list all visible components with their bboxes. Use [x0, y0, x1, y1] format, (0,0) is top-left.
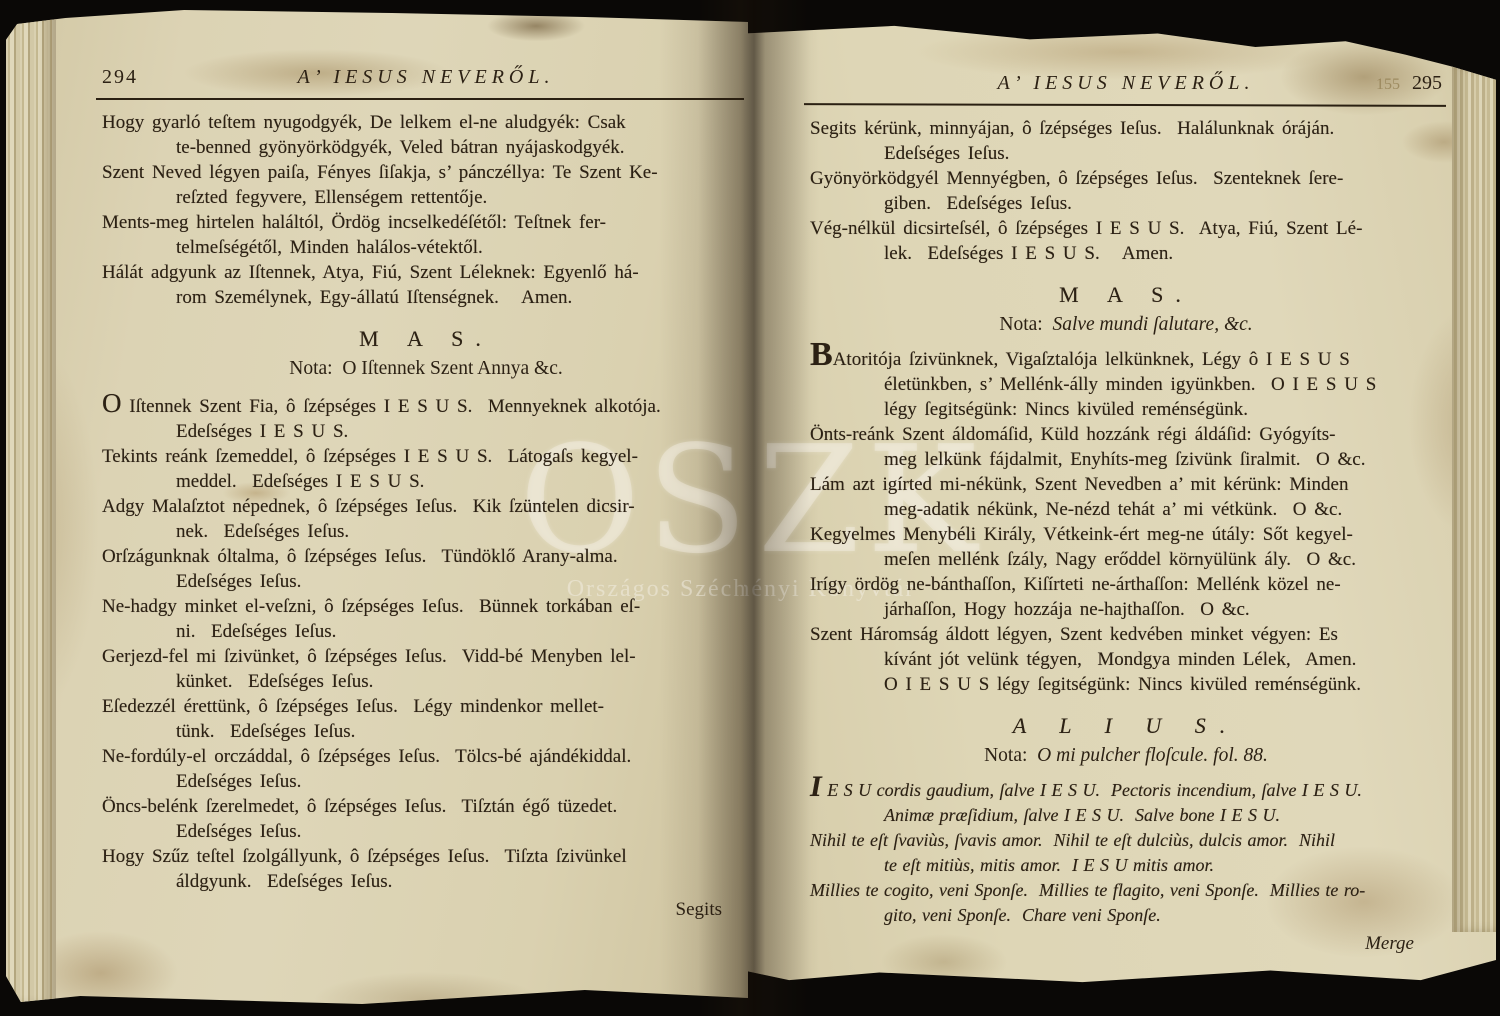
hymn-verse: I E S U cordis gaudium, ſalve I E S U. P…	[810, 778, 1442, 828]
hymn-verse: Kegyelmes Menybéli Király, Vétkeink-ért …	[810, 522, 1442, 572]
nota-line: Nota: Salve mundi ſalutare, &c.	[810, 312, 1442, 337]
hymn-verse: Öncs-belénk ſzerelmedet, ô ſzépséges Ieſ…	[102, 794, 748, 844]
section-heading-alius: A L I U S.	[810, 713, 1442, 739]
hymn-verse: Nihil te eſt ſvaviùs, ſvavis amor. Nihil…	[810, 828, 1442, 878]
left-page: OSZK Országos Széchényi Könyvtár 294 A’ …	[6, 8, 748, 1006]
hymn-verse: O Iſtennek Szent Fia, ô ſzépséges I E S …	[102, 391, 748, 444]
section-heading-mas: M A S.	[102, 326, 748, 352]
hymn-verse: Hogy gyarló teſtem nyugodgyék, De lelkem…	[102, 110, 748, 160]
open-book-spread: OSZK Országos Széchényi Könyvtár 294 A’ …	[0, 0, 1500, 1016]
hymn-verse: Ne-hadgy minket el-veſzni, ô ſzépséges I…	[102, 594, 748, 644]
faint-penciled-number: 155	[1376, 76, 1400, 93]
nota-tune: Salve mundi ſalutare, &c.	[1052, 314, 1252, 335]
alius-section: A L I U S. Nota: O mi pulcher floſcule. …	[810, 713, 1442, 928]
right-running-title: A’ IESUS NEVERŐL.	[900, 72, 1352, 95]
left-page-edge-stack	[6, 8, 56, 1006]
hymn-verse: Hogy Szűz teſtel ſzolgállyunk, ô ſzépség…	[102, 844, 748, 894]
hymn-verse: Önts-reánk Szent áldomáſid, Küld hozzánk…	[810, 422, 1442, 472]
section-heading-mas: M A S.	[810, 282, 1442, 308]
hymn-verse: Segits kérünk, minnyájan, ô ſzépséges Ie…	[810, 116, 1442, 166]
right-page-number: 295	[1412, 72, 1442, 94]
nota-tune: O mi pulcher floſcule. fol. 88.	[1037, 745, 1268, 766]
nota-line: Nota: O Iſtennek Szent Annya &c.	[102, 356, 748, 381]
right-page-numbers: 155295	[1352, 72, 1442, 95]
left-running-title: A’ IESUS NEVERŐL.	[192, 66, 660, 89]
nota-line: Nota: O mi pulcher floſcule. fol. 88.	[810, 743, 1442, 768]
hymn-verse: Gerjezd-fel mi ſzivünket, ô ſzépséges Ie…	[102, 644, 748, 694]
hymn-verse: Orſzágunknak óltalma, ô ſzépséges Ieſus.…	[102, 544, 748, 594]
left-page-number: 294	[102, 66, 192, 89]
header-rule	[96, 98, 748, 100]
nota-label: Nota:	[289, 358, 332, 379]
hymn-verse: Hálát adgyunk az Iſtennek, Atya, Fiú, Sz…	[102, 260, 748, 310]
hymn-verse: Vég-nélkül dicsirteſsél, ô ſzépséges I E…	[810, 216, 1442, 266]
right-page: OSZK Országos Széchényi Könyvtár A’ IESU…	[744, 22, 1496, 984]
hymn-verse: Ments-meg hirtelen haláltól, Ördög incse…	[102, 210, 748, 260]
right-page-header: A’ IESUS NEVERŐL. 155295	[810, 72, 1442, 98]
left-page-text: 294 A’ IESUS NEVERŐL. Hogy gyarló teſtem…	[102, 66, 748, 921]
hymn-verse: BAtoritója ſzivünknek, Vigaſztalója lelk…	[810, 347, 1442, 422]
right-page-edge-stack	[1452, 66, 1496, 932]
hymn-verse: Lám azt igírted mi-nékünk, Szent Nevedbe…	[810, 472, 1442, 522]
hymn-verse: Adgy Malaſztot népednek, ô ſzépséges Ieſ…	[102, 494, 748, 544]
right-page-text: A’ IESUS NEVERŐL. 155295 Segits kérünk, …	[810, 72, 1442, 955]
hymn-verse: Tekints reánk ſzemeddel, ô ſzépséges I E…	[102, 444, 748, 494]
nota-tune: O Iſtennek Szent Annya &c.	[342, 358, 562, 379]
hymn-verse: Irígy ördög ne-bánthaſſon, Kiſírteti ne-…	[810, 572, 1442, 622]
hymn-verse: Gyönyörködgyél Mennyégben, ô ſzépséges I…	[810, 166, 1442, 216]
left-page-header: 294 A’ IESUS NEVERŐL.	[102, 66, 748, 92]
catchword: Segits	[102, 899, 748, 921]
hymn-verse: Eſedezzél érettünk, ô ſzépséges Ieſus. L…	[102, 694, 748, 744]
nota-label: Nota:	[999, 314, 1042, 335]
hymn-verse: Szent Neved légyen paiſa, Fényes ſiſakja…	[102, 160, 748, 210]
header-rule	[804, 103, 1446, 107]
catchword: Merge	[810, 933, 1442, 955]
hymn-verse: Szent Háromság áldott légyen, Szent kedv…	[810, 622, 1442, 697]
nota-label: Nota:	[984, 745, 1027, 766]
hymn-verse: Millies te cogito, veni Sponſe. Millies …	[810, 878, 1442, 928]
hymn-verse: Ne-fordúly-el orczáddal, ô ſzépséges Ieſ…	[102, 744, 748, 794]
